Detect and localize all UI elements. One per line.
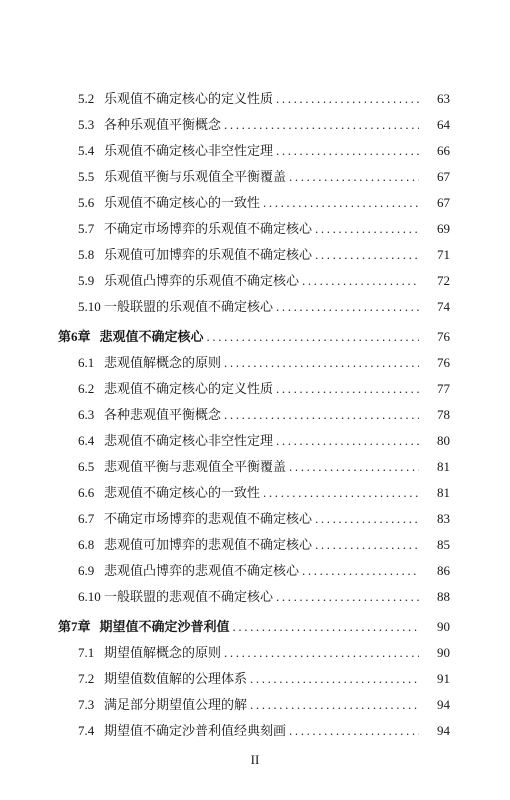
dot-leader — [263, 480, 419, 506]
toc-entry: 5.8 乐观值可加博弈的乐观值不确定核心 71 — [58, 242, 450, 268]
toc-chapter-title: 期望值不确定沙普利值 — [100, 614, 230, 640]
toc-entry-number: 6.2 — [78, 376, 104, 402]
dot-leader — [250, 666, 419, 692]
toc-chapter-number: 第6章 — [58, 324, 91, 350]
toc-entry-page: 85 — [426, 532, 450, 558]
dot-leader — [276, 428, 419, 454]
toc-entry-number: 6.5 — [78, 454, 104, 480]
dot-leader — [302, 268, 419, 294]
toc-entry-title: 乐观值凸博弈的乐观值不确定核心 — [104, 268, 299, 294]
toc-entry-page: 80 — [426, 428, 450, 454]
toc-entry: 6.4 悲观值不确定核心非空性定理 80 — [58, 428, 450, 454]
toc-entry-number: 6.4 — [78, 428, 104, 454]
toc-entry-title: 期望值数值解的公理体系 — [104, 666, 247, 692]
dot-leader — [224, 402, 419, 428]
toc-entry: 7.3 满足部分期望值公理的解 94 — [58, 692, 450, 718]
toc-entry-title: 悲观值可加博弈的悲观值不确定核心 — [104, 532, 312, 558]
toc-entry-title: 一般联盟的乐观值不确定核心 — [104, 294, 273, 320]
toc-entry-title: 期望值不确定沙普利值经典刻画 — [104, 718, 286, 744]
dot-leader — [315, 532, 419, 558]
toc-entry-page: 69 — [426, 216, 450, 242]
toc-entry-page: 67 — [426, 164, 450, 190]
toc-entry-title: 乐观值不确定核心非空性定理 — [104, 138, 273, 164]
toc-entry-page: 66 — [426, 138, 450, 164]
toc-entry: 7.1 期望值解概念的原则 90 — [58, 640, 450, 666]
toc-entry-number: 7.4 — [78, 718, 104, 744]
toc-entry-number: 6.8 — [78, 532, 104, 558]
toc-entry-title: 悲观值不确定核心的定义性质 — [104, 376, 273, 402]
toc-entry-page: 86 — [426, 558, 450, 584]
dot-leader — [224, 640, 419, 666]
toc-entry: 6.6 悲观值不确定核心的一致性 81 — [58, 480, 450, 506]
toc-entry-page: 94 — [426, 692, 450, 718]
dot-leader — [302, 558, 419, 584]
dot-leader — [315, 216, 419, 242]
toc-entry: 6.3 各种悲观值平衡概念 78 — [58, 402, 450, 428]
page-number-footer: II — [0, 752, 510, 768]
toc-entry: 7.4 期望值不确定沙普利值经典刻画 94 — [58, 718, 450, 744]
dot-leader — [289, 164, 419, 190]
toc-entry-number: 5.4 — [78, 138, 104, 164]
dot-leader — [315, 506, 419, 532]
toc-entry-title: 悲观值不确定核心非空性定理 — [104, 428, 273, 454]
toc-entry-page: 77 — [426, 376, 450, 402]
toc-entry-number: 6.6 — [78, 480, 104, 506]
toc-chapter-number: 第7章 — [58, 614, 91, 640]
toc-entry: 5.10 一般联盟的乐观值不确定核心 74 — [58, 294, 450, 320]
toc-entry: 6.9 悲观值凸博弈的悲观值不确定核心 86 — [58, 558, 450, 584]
toc-entry-title: 乐观值可加博弈的乐观值不确定核心 — [104, 242, 312, 268]
toc-entry: 6.1 悲观值解概念的原则 76 — [58, 350, 450, 376]
toc-entry-page: 94 — [426, 718, 450, 744]
toc-entry-title: 满足部分期望值公理的解 — [104, 692, 247, 718]
toc-entry-title: 期望值解概念的原则 — [104, 640, 221, 666]
toc-entry-page: 74 — [426, 294, 450, 320]
toc-entry: 6.5 悲观值平衡与悲观值全平衡覆盖 81 — [58, 454, 450, 480]
dot-leader — [224, 112, 419, 138]
toc-entry-number: 7.1 — [78, 640, 104, 666]
toc-chapter-page: 76 — [426, 324, 450, 350]
toc-entry-number: 6.7 — [78, 506, 104, 532]
toc-entry-number: 5.3 — [78, 112, 104, 138]
toc-entry-title: 不确定市场博弈的悲观值不确定核心 — [104, 506, 312, 532]
toc-entry-page: 72 — [426, 268, 450, 294]
dot-leader — [233, 614, 419, 640]
dot-leader — [315, 242, 419, 268]
dot-leader — [263, 190, 419, 216]
toc-entry-page: 81 — [426, 454, 450, 480]
toc-entry-number: 6.3 — [78, 402, 104, 428]
toc-entry-page: 91 — [426, 666, 450, 692]
toc-entry-number: 6.9 — [78, 558, 104, 584]
toc-entry-number: 5.5 — [78, 164, 104, 190]
toc-entry: 5.9 乐观值凸博弈的乐观值不确定核心 72 — [58, 268, 450, 294]
toc-entry: 5.4 乐观值不确定核心非空性定理 66 — [58, 138, 450, 164]
toc-chapter-title: 悲观值不确定核心 — [100, 324, 204, 350]
toc-chapter-entry: 第6章 悲观值不确定核心 76 — [58, 324, 450, 350]
dot-leader — [250, 692, 419, 718]
toc-entry-page: 83 — [426, 506, 450, 532]
dot-leader — [276, 584, 419, 610]
toc-entry-title: 悲观值凸博弈的悲观值不确定核心 — [104, 558, 299, 584]
toc-entry-title: 乐观值平衡与乐观值全平衡覆盖 — [104, 164, 286, 190]
toc-entry: 6.2 悲观值不确定核心的定义性质 77 — [58, 376, 450, 402]
toc-entry-page: 71 — [426, 242, 450, 268]
toc-entry-title: 各种悲观值平衡概念 — [104, 402, 221, 428]
toc-entry-page: 88 — [426, 584, 450, 610]
toc-entry-title: 乐观值不确定核心的一致性 — [104, 190, 260, 216]
toc-entry: 5.7 不确定市场博弈的乐观值不确定核心 69 — [58, 216, 450, 242]
toc-entry-page: 76 — [426, 350, 450, 376]
toc-entry-number: 5.8 — [78, 242, 104, 268]
dot-leader — [276, 86, 419, 112]
toc-entry: 7.2 期望值数值解的公理体系 91 — [58, 666, 450, 692]
toc-entry-number: 5.7 — [78, 216, 104, 242]
toc-entry: 6.7 不确定市场博弈的悲观值不确定核心 83 — [58, 506, 450, 532]
toc-entry-page: 78 — [426, 402, 450, 428]
dot-leader — [276, 294, 419, 320]
toc-entry: 6.10 一般联盟的悲观值不确定核心 88 — [58, 584, 450, 610]
toc-entry: 5.2 乐观值不确定核心的定义性质 63 — [58, 86, 450, 112]
toc-entry: 6.8 悲观值可加博弈的悲观值不确定核心 85 — [58, 532, 450, 558]
table-of-contents: 5.2 乐观值不确定核心的定义性质 63 5.3 各种乐观值平衡概念 64 5.… — [58, 86, 450, 744]
toc-entry-number: 5.10 — [78, 294, 104, 320]
dot-leader — [289, 454, 419, 480]
toc-entry-page: 90 — [426, 640, 450, 666]
dot-leader — [224, 350, 419, 376]
toc-entry-page: 63 — [426, 86, 450, 112]
toc-entry-title: 一般联盟的悲观值不确定核心 — [104, 584, 273, 610]
toc-entry: 5.5 乐观值平衡与乐观值全平衡覆盖 67 — [58, 164, 450, 190]
toc-entry-number: 6.10 — [78, 584, 104, 610]
toc-entry-number: 5.9 — [78, 268, 104, 294]
toc-entry: 5.6 乐观值不确定核心的一致性 67 — [58, 190, 450, 216]
toc-chapter-page: 90 — [426, 614, 450, 640]
toc-entry-title: 不确定市场博弈的乐观值不确定核心 — [104, 216, 312, 242]
toc-chapter-entry: 第7章 期望值不确定沙普利值 90 — [58, 614, 450, 640]
toc-entry-title: 乐观值不确定核心的定义性质 — [104, 86, 273, 112]
toc-entry-number: 6.1 — [78, 350, 104, 376]
dot-leader — [289, 718, 419, 744]
toc-entry-number: 7.2 — [78, 666, 104, 692]
dot-leader — [276, 376, 419, 402]
dot-leader — [207, 324, 419, 350]
toc-entry-page: 81 — [426, 480, 450, 506]
toc-entry-number: 5.6 — [78, 190, 104, 216]
toc-entry-page: 67 — [426, 190, 450, 216]
toc-entry-title: 悲观值平衡与悲观值全平衡覆盖 — [104, 454, 286, 480]
toc-entry-number: 5.2 — [78, 86, 104, 112]
toc-entry-page: 64 — [426, 112, 450, 138]
toc-entry: 5.3 各种乐观值平衡概念 64 — [58, 112, 450, 138]
toc-entry-title: 各种乐观值平衡概念 — [104, 112, 221, 138]
dot-leader — [276, 138, 419, 164]
toc-entry-number: 7.3 — [78, 692, 104, 718]
toc-entry-title: 悲观值不确定核心的一致性 — [104, 480, 260, 506]
toc-entry-title: 悲观值解概念的原则 — [104, 350, 221, 376]
